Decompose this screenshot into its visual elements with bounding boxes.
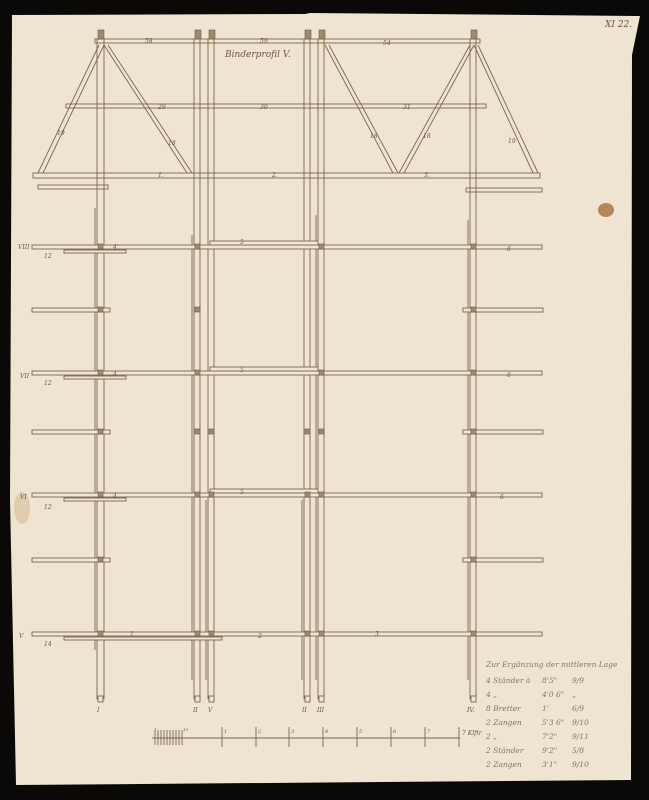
svg-text:30: 30 — [260, 104, 268, 111]
svg-text:5: 5 — [359, 729, 362, 735]
svg-text:VIII: VIII — [18, 244, 30, 251]
svg-text:V: V — [208, 707, 213, 714]
svg-text:8 Bretter: 8 Bretter — [486, 704, 521, 713]
svg-text:5: 5 — [240, 367, 244, 374]
drawing-sheet: XI 22. Binderprofil V. 58 — [0, 0, 649, 800]
svg-text:„: „ — [572, 690, 576, 699]
svg-text:31: 31 — [403, 104, 411, 111]
svg-text:VII: VII — [20, 373, 30, 380]
svg-text:14: 14 — [44, 641, 52, 648]
svg-text:9/10: 9/10 — [572, 718, 589, 727]
svg-text:1: 1 — [154, 727, 157, 732]
svg-text:Zur Ergänzung der mittleren La: Zur Ergänzung der mittleren Lage — [485, 660, 618, 669]
svg-text:III: III — [316, 707, 325, 714]
section-title: Binderprofil V. — [224, 50, 291, 60]
svg-text:IV.: IV. — [466, 707, 475, 714]
svg-text:2: 2 — [257, 729, 261, 735]
svg-text:3'1": 3'1" — [542, 760, 557, 769]
svg-text:V: V — [19, 633, 24, 640]
svg-text:59: 59 — [260, 38, 268, 45]
svg-text:4: 4 — [112, 493, 117, 500]
svg-text:7'2": 7'2" — [542, 732, 557, 741]
svg-text:4 „: 4 „ — [485, 690, 497, 699]
svg-text:12: 12 — [44, 504, 52, 511]
svg-text:VI: VI — [20, 494, 27, 501]
svg-text:4 Ständer à: 4 Ständer à — [485, 676, 530, 685]
svg-text:2 Zangen: 2 Zangen — [485, 760, 522, 769]
svg-text:II: II — [301, 707, 307, 714]
svg-text:6: 6 — [507, 246, 511, 253]
svg-text:5'3 6": 5'3 6" — [542, 718, 564, 727]
paper-sheet — [10, 13, 640, 785]
svg-text:1.: 1. — [158, 172, 164, 179]
svg-text:5: 5 — [240, 239, 244, 246]
svg-text:II: II — [192, 707, 198, 714]
svg-text:19: 19 — [508, 138, 516, 145]
svg-text:2 Zangen: 2 Zangen — [485, 718, 522, 727]
svg-text:18: 18 — [168, 140, 176, 147]
svg-text:12: 12 — [44, 380, 52, 387]
svg-text:9/9: 9/9 — [572, 676, 584, 685]
svg-text:4'0 6": 4'0 6" — [541, 690, 564, 699]
svg-text:9/11: 9/11 — [572, 732, 589, 741]
svg-text:9'2": 9'2" — [542, 746, 557, 755]
svg-text:3.: 3. — [424, 172, 430, 179]
svg-text:18: 18 — [423, 133, 431, 140]
svg-text:5: 5 — [240, 489, 244, 496]
svg-text:6: 6 — [507, 372, 511, 379]
svg-text:2 „: 2 „ — [485, 732, 497, 741]
svg-text:4: 4 — [112, 371, 117, 378]
svg-text:6: 6 — [500, 494, 504, 501]
svg-text:4: 4 — [112, 244, 117, 251]
svg-text:7 Klftr: 7 Klftr — [462, 730, 483, 737]
svg-text:58: 58 — [145, 38, 153, 45]
svg-text:1': 1' — [542, 704, 549, 713]
ink-stain — [598, 203, 614, 217]
svg-text:1: 1 — [130, 631, 134, 638]
svg-text:2.: 2. — [271, 172, 278, 179]
svg-text:18: 18 — [370, 133, 378, 140]
svg-text:29: 29 — [157, 104, 166, 111]
svg-text:3: 3 — [375, 631, 379, 638]
svg-text:3: 3 — [291, 729, 294, 735]
svg-text:12: 12 — [44, 253, 52, 260]
svg-text:2: 2 — [257, 633, 262, 640]
svg-text:10: 10 — [183, 727, 189, 732]
svg-text:4: 4 — [324, 729, 328, 735]
svg-text:19: 19 — [57, 130, 65, 137]
sheet-number: XI 22. — [604, 20, 632, 30]
svg-text:2 Ständer: 2 Ständer — [485, 746, 524, 755]
svg-text:54: 54 — [383, 40, 391, 47]
svg-text:8'5": 8'5" — [542, 676, 557, 685]
svg-text:1: 1 — [224, 729, 227, 735]
svg-text:9/10: 9/10 — [572, 760, 589, 769]
svg-text:6/9: 6/9 — [572, 704, 584, 713]
svg-text:5/8: 5/8 — [572, 746, 584, 755]
